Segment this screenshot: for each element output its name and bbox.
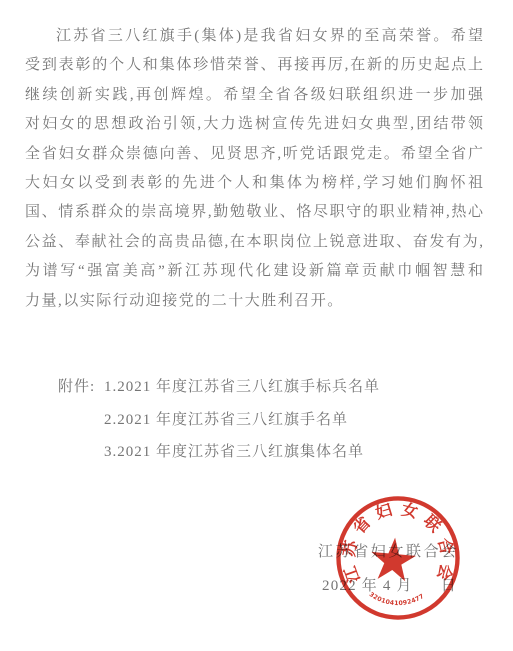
document-page: 江苏省三八红旗手(集体)是我省妇女界的至高荣誉。希望 受到表彰的个人和集体珍惜荣…	[0, 0, 513, 651]
paragraph-line: 继续创新实践,再创辉煌。希望全省各级妇联组织进一步加强	[25, 81, 484, 110]
body-paragraph: 江苏省三八红旗手(集体)是我省妇女界的至高荣誉。希望 受到表彰的个人和集体珍惜荣…	[25, 22, 484, 316]
star-icon	[369, 536, 417, 582]
attachment-row: 附件: 1.2021 年度江苏省三八红旗手标兵名单	[58, 371, 380, 404]
attachments-list: 附件: 1.2021 年度江苏省三八红旗手标兵名单 2.2021 年度江苏省三八…	[58, 371, 380, 469]
seal-code-number: 3201041092477	[368, 591, 425, 607]
paragraph-line: 受到表彰的个人和集体珍惜荣誉、再接再厉,在新的历史起点上	[25, 51, 484, 80]
paragraph-line: 江苏省三八红旗手(集体)是我省妇女界的至高荣誉。希望	[25, 22, 484, 51]
paragraph-line: 国、情系群众的崇高境界,勤勉敬业、恪尽职守的职业精神,热心	[25, 198, 484, 227]
paragraph-line: 力量,以实际行动迎接党的二十大胜利召开。	[25, 287, 484, 316]
paragraph-line: 对妇女的思想政治引领,大力选树宣传先进妇女典型,团结带领	[25, 110, 484, 139]
attachments-label: 附件:	[58, 371, 104, 404]
attachment-item: 1.2021 年度江苏省三八红旗手标兵名单	[104, 371, 380, 404]
attachment-item: 3.2021 年度江苏省三八红旗集体名单	[58, 436, 380, 469]
paragraph-line: 全省妇女群众崇德向善、见贤思齐,听党话跟党走。希望全省广	[25, 140, 484, 169]
paragraph-line: 为谱写“强富美高”新江苏现代化建设新篇章贡献巾帼智慧和	[25, 257, 484, 286]
paragraph-line: 大妇女以受到表彰的先进个人和集体为榜样,学习她们胸怀祖	[25, 169, 484, 198]
paragraph-line: 公益、奉献社会的高贵品德,在本职岗位上锐意进取、奋发有为,	[25, 228, 484, 257]
official-seal: 江苏省妇女联合会 3201041092477	[336, 496, 460, 620]
attachment-item: 2.2021 年度江苏省三八红旗手名单	[58, 404, 380, 437]
